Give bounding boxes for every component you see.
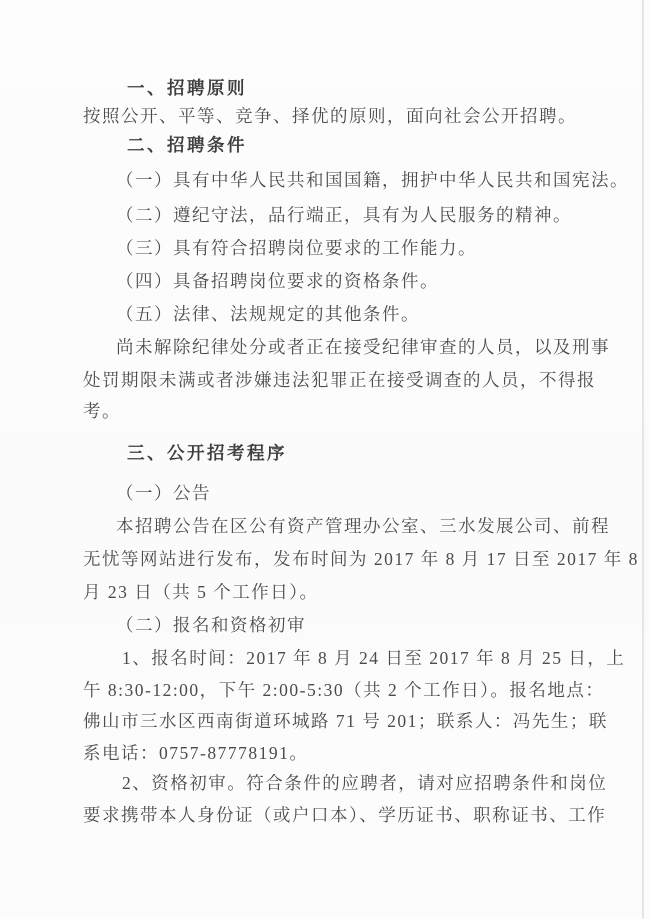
- line-qualification-review-2: 要求携带本人身份证（或户口本）、学历证书、职称证书、工作: [83, 799, 575, 832]
- document-text-block: 一、招聘原则 按照公开、平等、竞争、择优的原则，面向社会公开招聘。 二、招聘条件…: [83, 72, 575, 832]
- line-announcement-3: 月 23 日（共 5 个工作日）。: [83, 576, 575, 609]
- line-registration-3: 佛山市三水区西南街道环城路 71 号 201；联系人：冯先生；联: [83, 705, 575, 738]
- line-subsection-announcement: （一）公告: [83, 477, 575, 510]
- line-registration-2: 午 8:30-12:00，下午 2:00-5:30（共 2 个工作日）。报名地点…: [83, 674, 575, 707]
- line-condition-5: （五）法律、法规规定的其他条件。: [83, 298, 575, 331]
- heading-2-recruitment-conditions: 二、招聘条件: [83, 129, 575, 162]
- line-subsection-registration: （二）报名和资格初审: [83, 609, 575, 642]
- line-disqualification-2: 处罚期限未满或者涉嫌违法犯罪正在接受调查的人员，不得报: [83, 364, 575, 397]
- line-condition-1: （一）具有中华人民共和国国籍，拥护中华人民共和国宪法。: [83, 164, 575, 197]
- line-condition-4: （四）具备招聘岗位要求的资格条件。: [83, 265, 575, 298]
- heading-3-recruitment-procedure: 三、公开招考程序: [83, 437, 575, 470]
- line-announcement-2: 无忧等网站进行发布，发布时间为 2017 年 8 月 17 日至 2017 年 …: [83, 543, 575, 576]
- line-condition-2: （二）遵纪守法，品行端正，具有为人民服务的精神。: [83, 199, 575, 232]
- scanned-document-page: 一、招聘原则 按照公开、平等、竞争、择优的原则，面向社会公开招聘。 二、招聘条件…: [0, 0, 650, 919]
- line-announcement-1: 本招聘公告在区公有资产管理办公室、三水发展公司、前程: [83, 510, 575, 543]
- line-registration-4: 系电话：0757-87778191。: [83, 737, 575, 770]
- line-disqualification-1: 尚未解除纪律处分或者正在接受纪律审查的人员，以及刑事: [83, 331, 575, 364]
- line-disqualification-3: 考。: [83, 395, 575, 428]
- line-registration-1: 1、报名时间：2017 年 8 月 24 日至 2017 年 8 月 25 日，…: [83, 642, 575, 675]
- scan-edge-line: [642, 0, 644, 919]
- line-qualification-review-1: 2、资格初审。符合条件的应聘者，请对应招聘条件和岗位: [83, 767, 575, 800]
- line-condition-3: （三）具有符合招聘岗位要求的工作能力。: [83, 232, 575, 265]
